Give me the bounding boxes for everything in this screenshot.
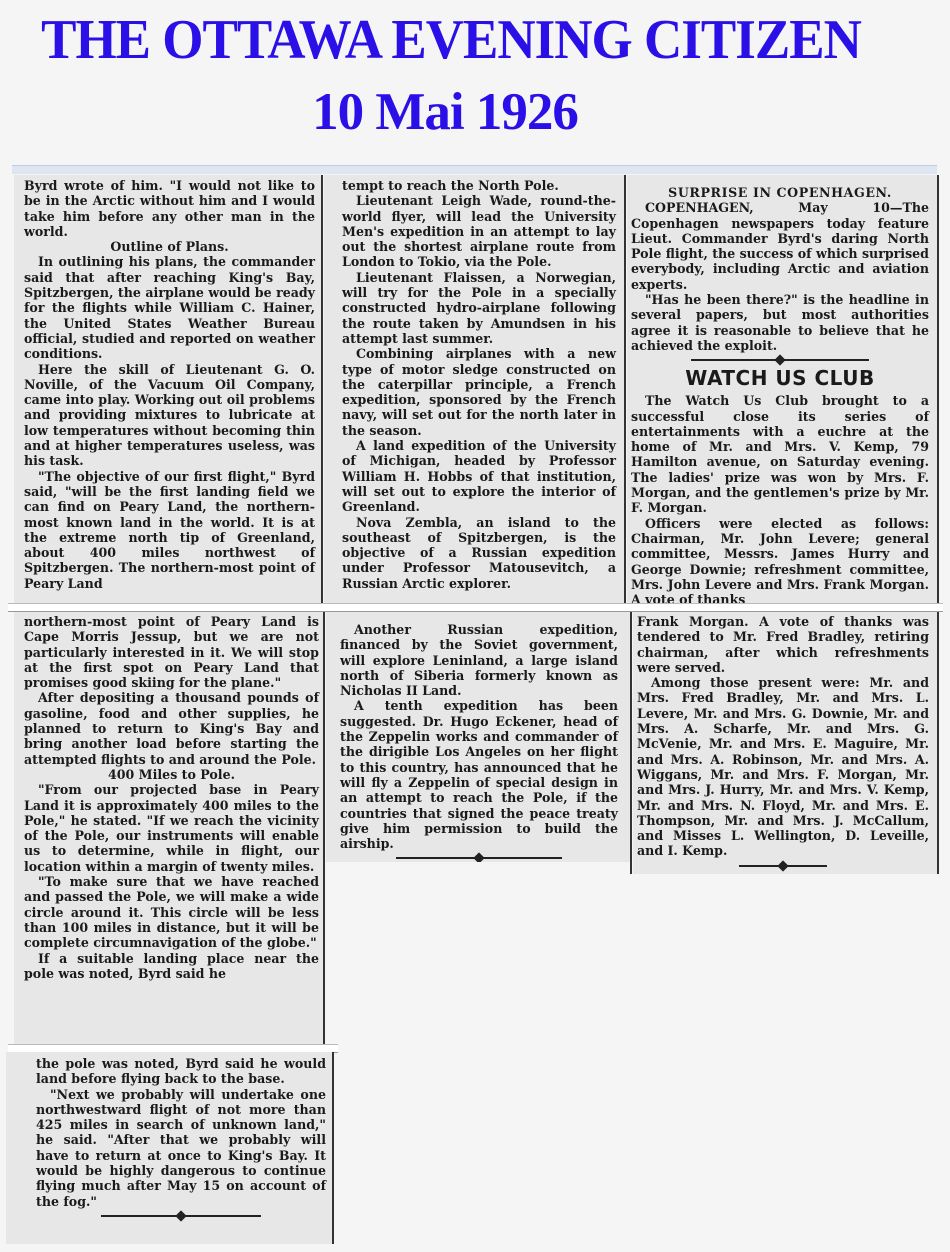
paragraph: Officers were elected as follows: Chairm… bbox=[631, 516, 929, 603]
paragraph: Among those present were: Mr. and Mrs. F… bbox=[637, 675, 929, 859]
paragraph: northern-most point of Peary Land is Cap… bbox=[24, 614, 319, 690]
column-divider bbox=[630, 612, 632, 874]
club-heading: WATCH US CLUB bbox=[631, 366, 929, 390]
ornamental-rule bbox=[739, 865, 827, 867]
clipping-column-4: northern-most point of Peary Land is Cap… bbox=[14, 612, 325, 1044]
clipping-column-1: Byrd wrote of him. "I would not like to … bbox=[14, 175, 321, 603]
paragraph: A tenth expedition has been suggested. D… bbox=[340, 698, 618, 851]
column-divider bbox=[624, 175, 626, 603]
paragraph: "To make sure that we have reached and p… bbox=[24, 874, 319, 950]
paragraph: "The objective of our first flight," Byr… bbox=[24, 469, 315, 591]
ornamental-rule bbox=[691, 359, 870, 361]
newspaper-title: THE OTTAWA EVENING CITIZEN bbox=[36, 9, 866, 72]
column-border bbox=[332, 1052, 334, 1244]
paragraph: Byrd wrote of him. "I would not like to … bbox=[24, 178, 315, 239]
paragraph: Another Russian expedition, financed by … bbox=[340, 622, 618, 698]
column-border bbox=[937, 612, 939, 874]
clipping-column-7: the pole was noted, Byrd said he would l… bbox=[6, 1052, 334, 1244]
paragraph: COPENHAGEN, May 10—The Copenhagen newspa… bbox=[631, 200, 929, 292]
paragraph: After depositing a thousand pounds of ga… bbox=[24, 690, 319, 766]
masthead: THE OTTAWA EVENING CITIZEN 10 Mai 1926 bbox=[0, 0, 950, 165]
paragraph: Combining airplanes with a new type of m… bbox=[342, 346, 616, 438]
paragraph: "Next we probably will undertake one nor… bbox=[36, 1087, 326, 1209]
clipping-seam bbox=[8, 603, 943, 612]
column-divider bbox=[323, 612, 325, 1044]
subheading: 400 Miles to Pole. bbox=[24, 767, 319, 782]
paragraph: Here the skill of Lieutenant G. O. Novil… bbox=[24, 362, 315, 469]
paragraph: Nova Zembla, an island to the southeast … bbox=[342, 515, 616, 591]
paragraph: Lieutenant Flaissen, a Norwegian, will t… bbox=[342, 270, 616, 346]
paragraph: A land expedition of the University of M… bbox=[342, 438, 616, 514]
paragraph: In outlining his plans, the commander sa… bbox=[24, 254, 315, 361]
paragraph: Lieutenant Leigh Wade, round-the-world f… bbox=[342, 193, 616, 269]
paragraph: the pole was noted, Byrd said he would l… bbox=[36, 1056, 326, 1087]
clipping-column-3: SURPRISE IN COPENHAGEN. COPENHAGEN, May … bbox=[627, 175, 939, 603]
paragraph: "From our projected base in Peary Land i… bbox=[24, 782, 319, 874]
clipping-column-2: tempt to reach the North Pole. Lieutenan… bbox=[324, 175, 624, 603]
paragraph: Frank Morgan. A vote of thanks was tende… bbox=[637, 614, 929, 675]
clipping-column-6: Frank Morgan. A vote of thanks was tende… bbox=[633, 612, 939, 874]
subheading: Outline of Plans. bbox=[24, 239, 315, 254]
column-border bbox=[937, 175, 939, 603]
clipping-column-5: Another Russian expedition, financed by … bbox=[326, 612, 630, 862]
column-divider bbox=[321, 175, 323, 603]
paragraph: "Has he been there?" is the headline in … bbox=[631, 292, 929, 353]
paragraph: The Watch Us Club brought to a successfu… bbox=[631, 393, 929, 515]
paragraph: tempt to reach the North Pole. bbox=[342, 178, 616, 193]
clipping-top-strip bbox=[12, 165, 937, 174]
ornamental-rule bbox=[101, 1215, 261, 1217]
article-headline: SURPRISE IN COPENHAGEN. bbox=[631, 185, 929, 200]
paragraph: If a suitable landing place near the pol… bbox=[24, 951, 319, 982]
issue-date: 10 Mai 1926 bbox=[0, 82, 890, 142]
ornamental-rule bbox=[396, 857, 563, 859]
